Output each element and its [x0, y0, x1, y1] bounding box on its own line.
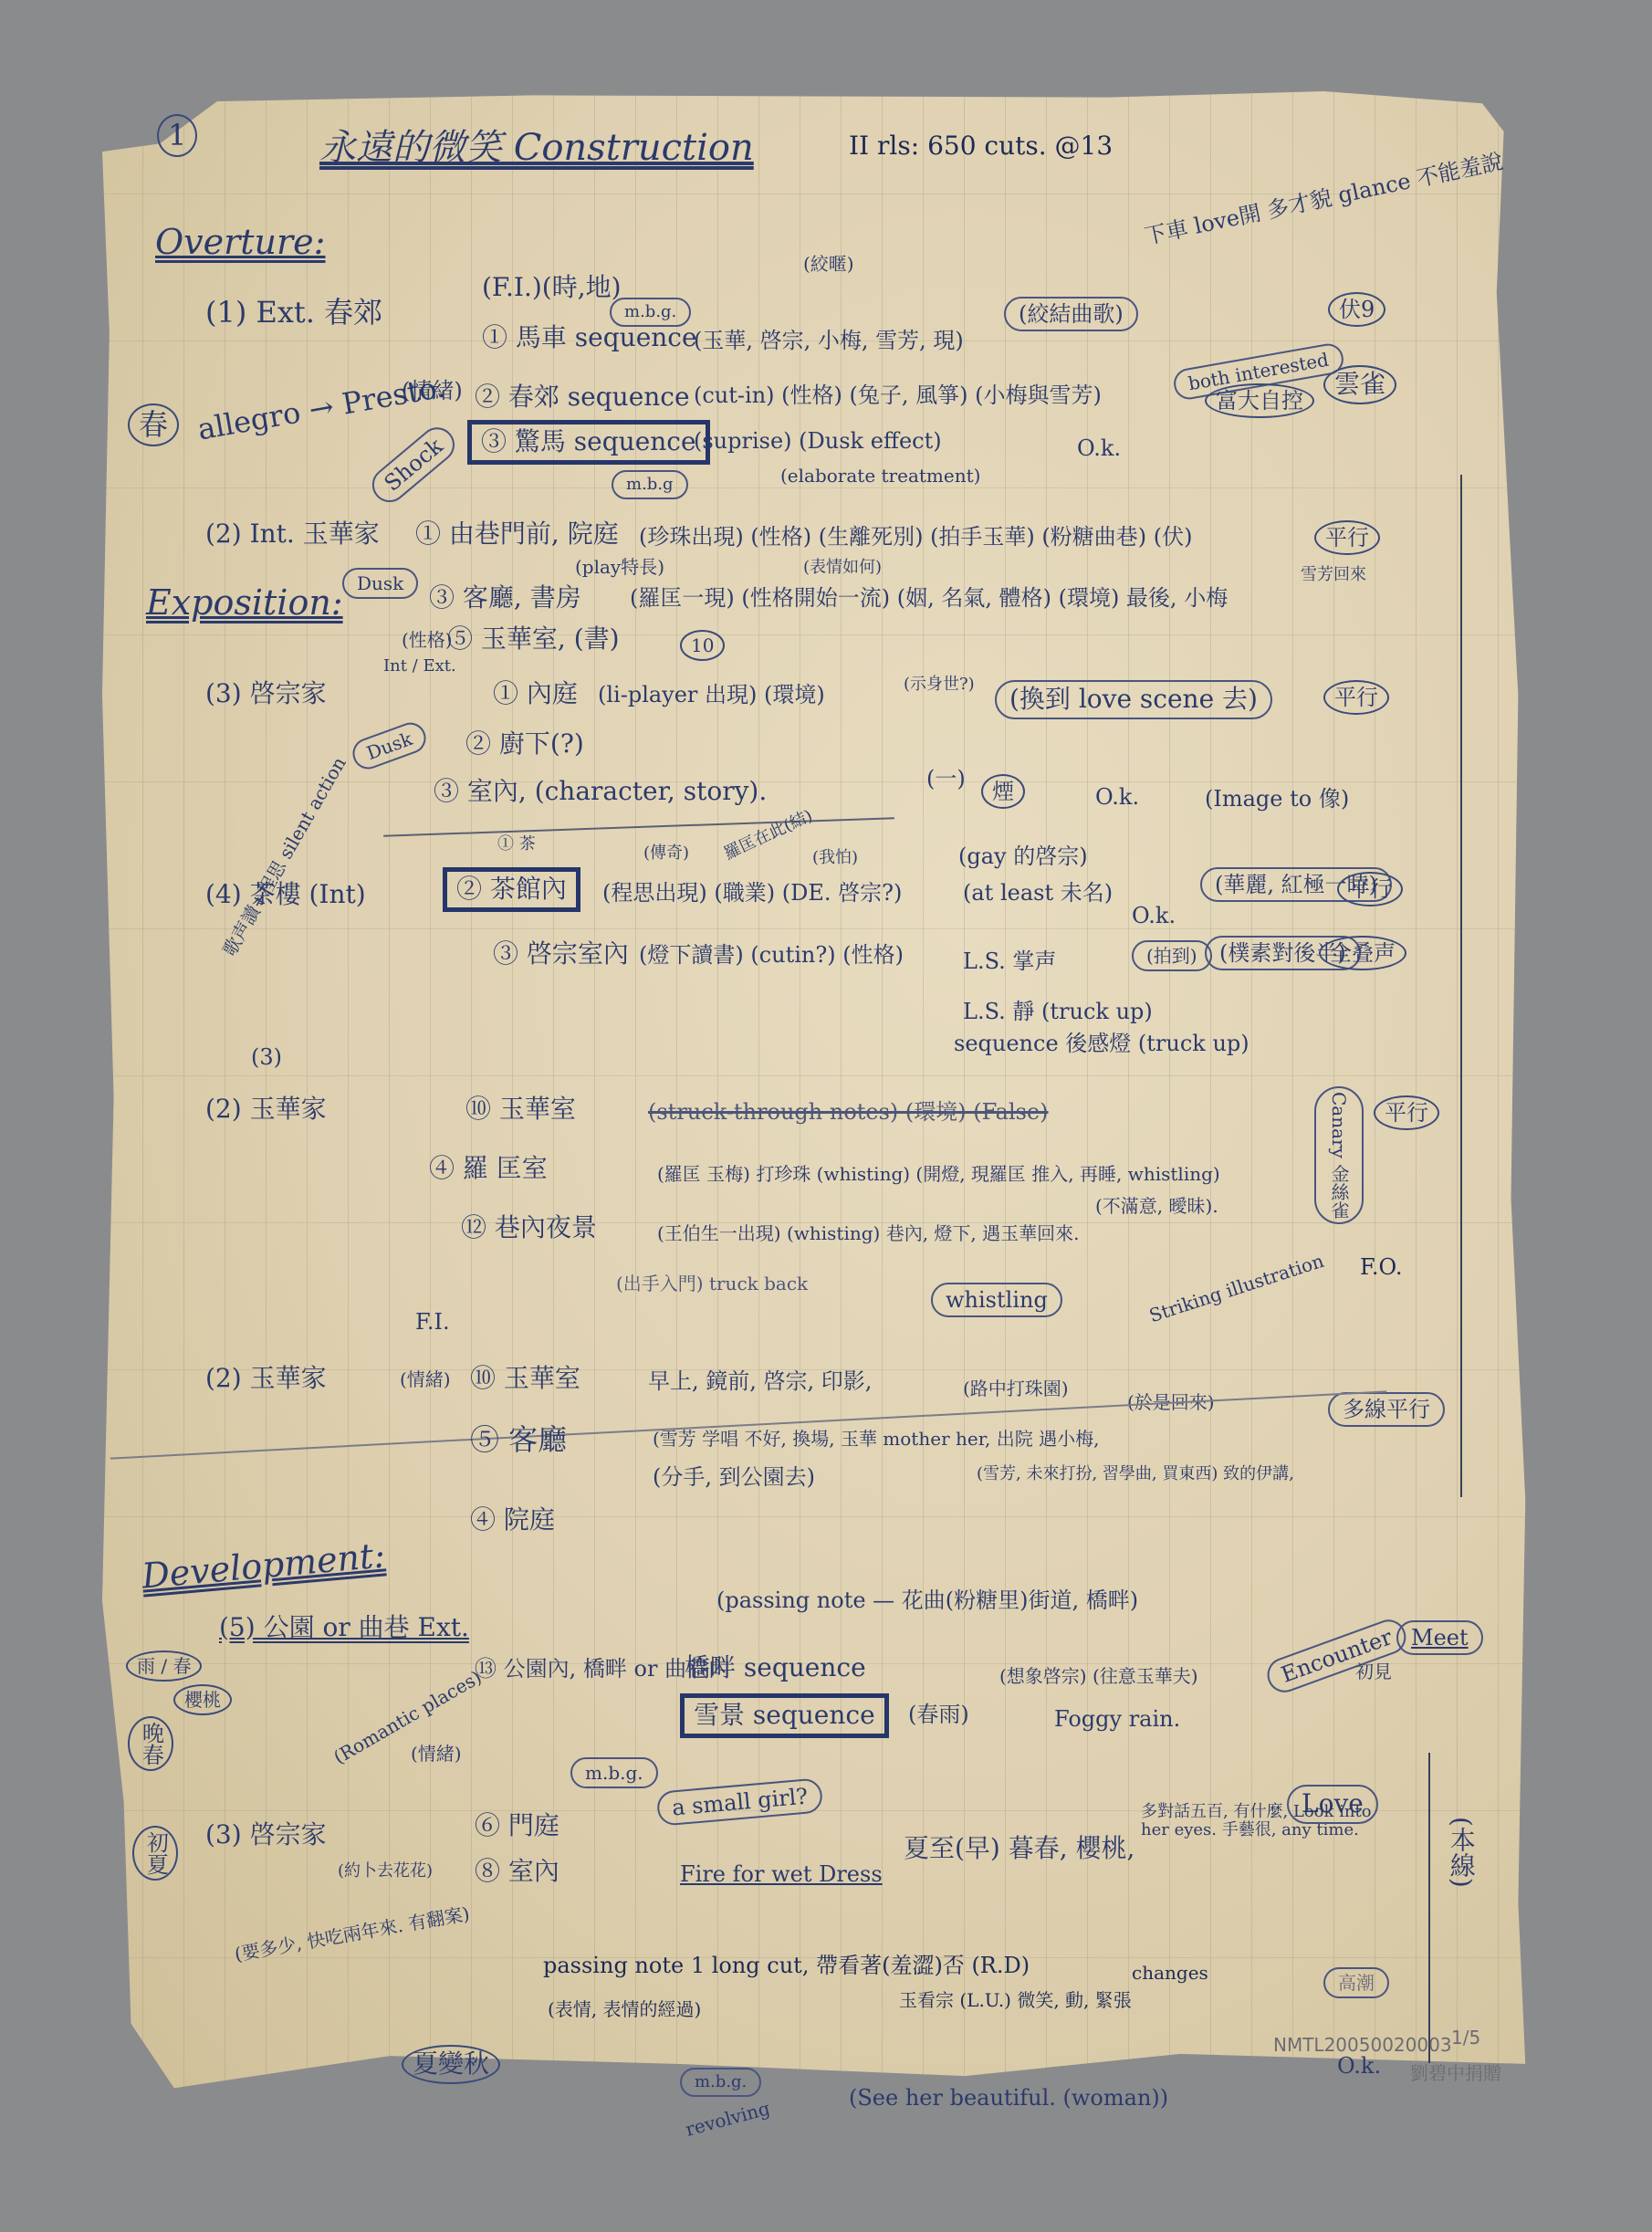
- scene8-sub: (約卜去花花): [338, 1862, 433, 1881]
- scene1-item1-side: (絞結曲歌): [1004, 297, 1138, 331]
- scene4-ok: O.k.: [1132, 904, 1176, 927]
- scene4-item2: ③ 啓宗室內: [493, 940, 629, 969]
- passing-long-cut-2: 玉看宗 (L.U.) 微笑, 動, 緊張: [899, 1990, 1132, 2010]
- scene5-item1: ⑩ 玉華室: [465, 1095, 576, 1124]
- scene1-tags: (F.I.)(時,地): [482, 274, 622, 302]
- scene3-int-ext: Int / Ext.: [383, 657, 456, 676]
- scene1-item3-detail: (suprise) (Dusk effect): [694, 429, 942, 453]
- right-margin-bracket-2: [1428, 1753, 1430, 2063]
- scene5-label: (2) 玉華家: [205, 1095, 327, 1124]
- scene5-item2: ④ 羅 匡室: [429, 1155, 548, 1183]
- scene4-pianzhu: (拍到): [1132, 940, 1212, 971]
- scene4-at-least: (at least 未名): [963, 881, 1113, 905]
- scene1-label: (1) Ext. 春郊: [205, 297, 382, 329]
- fo-note: F.O.: [1360, 1255, 1402, 1279]
- section-overture: Overture:: [155, 224, 325, 262]
- scene5-item3: ⑫ 巷內夜景: [461, 1214, 597, 1242]
- scene7-right-note: (想象啓宗) (往意玉華夫): [999, 1666, 1198, 1686]
- scene6-item2: ⑤ 客廳: [470, 1424, 567, 1456]
- scene4-item1-top: ① 茶: [497, 835, 536, 854]
- scene3-item1: ① 內庭: [493, 680, 578, 708]
- season-change-tag: 夏變秋: [402, 2045, 500, 2084]
- truck-back-note: (出手入門) truck back: [616, 1273, 808, 1294]
- early-summer-tag: 初夏: [132, 1826, 178, 1881]
- scene3-item3: ③ 室內, (character, story).: [434, 778, 767, 806]
- scene2-item3: ⑤ 玉華室, (書): [447, 625, 620, 654]
- passing-long-cut: passing note 1 long cut, 帶看著(羞澀)否 (R.D): [543, 1954, 1030, 1977]
- first-meeting: 初見: [1355, 1661, 1392, 1682]
- bubble-2: 雲雀: [1323, 365, 1396, 404]
- scene2-item1-under: (play特長): [575, 557, 664, 577]
- main-theme-note: (本線): [1447, 1817, 1475, 1888]
- scene7-item1-seq: 橋畔 sequence: [685, 1654, 866, 1682]
- scene8-label: (3) 啓宗家: [205, 1821, 327, 1850]
- scene1-item1: ① 馬車 sequence: [482, 324, 697, 352]
- smoke-circle: 煙: [981, 774, 1025, 809]
- scene7-item1-box: 雪景 sequence: [680, 1693, 889, 1738]
- rain-spring-tag: 雨 / 春: [126, 1650, 202, 1682]
- scene3-shift: (一): [926, 767, 966, 791]
- scene5-item2-detail: (羅匡 玉梅) 打珍珠 (whisting) (開燈, 現羅匡 推入, 再睡, …: [657, 1164, 1220, 1184]
- scene2-item2: ③ 客廳, 書房: [429, 584, 581, 613]
- scene3-ok: O.k.: [1095, 785, 1139, 809]
- scene5-item2-sub: (不滿意, 曖昧).: [1095, 1196, 1218, 1216]
- scene3-love-note: (換到 love scene 去): [995, 680, 1272, 719]
- scene2-label: (2) Int. 玉華家: [205, 520, 380, 549]
- parallel-2: 平行: [1323, 680, 1389, 715]
- scene4-gay-note: (gay 的啓宗): [958, 844, 1088, 868]
- climax-tag: 高潮: [1323, 1967, 1389, 1998]
- scene6-item2-detail: (雪芳 学唱 不好, 換場, 玉華 mother her, 出院 遇小梅,: [653, 1429, 1100, 1449]
- parallel-4: 平行: [1374, 1095, 1439, 1130]
- scene4-item1-detail: (程思出現) (職業) (DE. 啓宗?): [602, 881, 902, 905]
- scene6-item2-sub: (分手, 到公園去): [653, 1465, 815, 1489]
- scene1-item2-detail: (cut-in) (性格) (兔子, 風箏) (小梅與雪芳): [694, 383, 1102, 407]
- quansheng-circle: 全叠声: [1319, 936, 1406, 970]
- changes-note: changes: [1132, 1963, 1208, 1983]
- scene3-item1-detail: (li-player 出現) (環境): [598, 683, 825, 707]
- scene7-label: (5) 公園 or 曲巷 Ext.: [219, 1614, 469, 1642]
- ls-note-3: sequence 後感燈 (truck up): [954, 1032, 1249, 1055]
- scene1-above-note: (絞暱): [803, 254, 854, 274]
- passing-long-cut-3: (表情, 表情的經過): [548, 1999, 701, 2019]
- whistling-tag: whistling: [931, 1283, 1062, 1317]
- scene6-mood: (情緒): [400, 1369, 451, 1389]
- scene6-item3: ④ 院庭: [470, 1506, 555, 1535]
- cherry-tag: 櫻桃: [173, 1684, 232, 1715]
- spring-circle: 春: [128, 403, 179, 446]
- scene6-item1-detail: 早上, 鏡前, 啓宗, 印影,: [648, 1369, 872, 1393]
- scene8-item1: ⑥ 門庭: [475, 1812, 559, 1840]
- dusk-tag: Dusk: [342, 568, 418, 599]
- final-ok: O.k.: [1337, 2054, 1381, 2078]
- scene5-item3-detail: (王伯生一出現) (whisting) 巷內, 燈下, 遇玉華回來.: [657, 1223, 1080, 1243]
- scene2-item1: ① 由巷門前, 院庭: [415, 520, 619, 549]
- scene4-above-c: (我怕): [812, 849, 858, 867]
- scene2-item3-num: 10: [680, 630, 725, 661]
- scene3-image-note: (Image to 像): [1205, 787, 1349, 811]
- bubble-1: 富大自控: [1205, 383, 1314, 418]
- scene4-label: (4) 茶樓 (Int): [205, 881, 366, 909]
- scene3-label: (3) 啓宗家: [205, 680, 327, 708]
- scene3-top-note: (示身世?): [904, 676, 975, 694]
- scene6-label: (2) 玉華家: [205, 1365, 327, 1393]
- tempo-mood: (情緒): [402, 379, 463, 403]
- section-exposition: Exposition:: [146, 584, 343, 623]
- canary-tag: Canary 金絲雀: [1314, 1086, 1364, 1224]
- scene5-item1-detail: (struck-through notes) (環境) (False): [648, 1100, 1049, 1124]
- scene4-above-a: (傳奇): [643, 844, 689, 863]
- scene6-item2-top: (路中打珠園): [963, 1378, 1069, 1399]
- fire-note: Fire for wet Dress: [680, 1862, 883, 1886]
- scene1-ok: O.k.: [1077, 436, 1121, 460]
- scene1-item2: ② 春郊 sequence: [475, 383, 690, 412]
- mbg-tag-3: m.b.g.: [570, 1757, 658, 1788]
- parallel-1: 平行: [1314, 520, 1380, 555]
- scene2-item2-detail: (羅匡一現) (性格開始一流) (姻, 名氣, 體格) (環境) 最後, 小梅: [630, 586, 1228, 610]
- scene1-item1-detail: (玉華, 啓宗, 小梅, 雪芳, 現): [694, 329, 964, 352]
- parallel-3: 平行: [1337, 872, 1403, 906]
- scene2-item2-above: (表情如何): [803, 559, 882, 577]
- scene6-item1: ⑩ 玉華室: [470, 1365, 580, 1393]
- header-note: II rls: 650 cuts. @13: [849, 132, 1113, 161]
- scene7-mood: (情緒): [411, 1744, 462, 1764]
- ls-note-2: L.S. 靜 (truck up): [963, 1000, 1153, 1023]
- page-title: 永遠的微笑 Construction: [319, 128, 754, 168]
- scene7-box-note: (春雨): [908, 1703, 969, 1726]
- see-her-note: (See her beautiful. (woman)): [849, 2086, 1168, 2110]
- revolving-note: revolving: [684, 2098, 772, 2140]
- page-fraction: 1/5: [1451, 2027, 1480, 2049]
- scene1-item3-note: (elaborate treatment): [780, 466, 980, 486]
- scene4-sub-num: (3): [251, 1045, 282, 1069]
- ls-note-1: L.S. 掌声: [963, 949, 1056, 973]
- dual-parallel-tag: 多線平行: [1328, 1392, 1445, 1427]
- scene2-mood: (性格): [402, 630, 453, 650]
- right-margin-bracket: [1460, 475, 1462, 1497]
- mbg-tag: m.b.g.: [610, 298, 691, 327]
- archive-id: NMTL20050020003: [1273, 2034, 1452, 2056]
- mbg-tag-4: m.b.g.: [680, 2068, 761, 2097]
- scene6-fi: F.I.: [415, 1310, 450, 1334]
- mbg-tag-2: m.b.g: [612, 470, 688, 499]
- passing-note: (passing note — 花曲(粉糖里)街道, 橋畔): [716, 1588, 1138, 1612]
- scene2-item2-side: 雪芳回來: [1301, 566, 1366, 584]
- meet-tag: Meet: [1396, 1620, 1483, 1655]
- late-spring-tag: 晚春: [128, 1716, 173, 1771]
- scene6-item2-right: (雪芳, 未來打扮, 習學曲, 買東西) 致的伊講,: [977, 1465, 1294, 1483]
- scene1-item3-box: ③ 驚馬 sequence: [467, 420, 710, 465]
- love-tag: Love: [1287, 1785, 1378, 1824]
- scene4-item1-box: ② 茶館內: [443, 867, 580, 912]
- scene3-item2: ② 廚下(?): [465, 730, 584, 759]
- foggy-note: Foggy rain.: [1054, 1707, 1180, 1731]
- scene4-item2-detail: (燈下讀書) (cutin?) (性格): [639, 943, 904, 967]
- donor-note: 劉碧中捐贈: [1410, 2059, 1501, 2085]
- seasons-note: 夏至(早) 暮春, 櫻桃,: [904, 1835, 1134, 1863]
- scene2-item1-detail: (珍珠出現) (性格) (生離死別) (拍手玉華) (粉糖曲巷) (伏): [639, 525, 1193, 549]
- scene8-item2: ⑧ 室內: [475, 1858, 559, 1886]
